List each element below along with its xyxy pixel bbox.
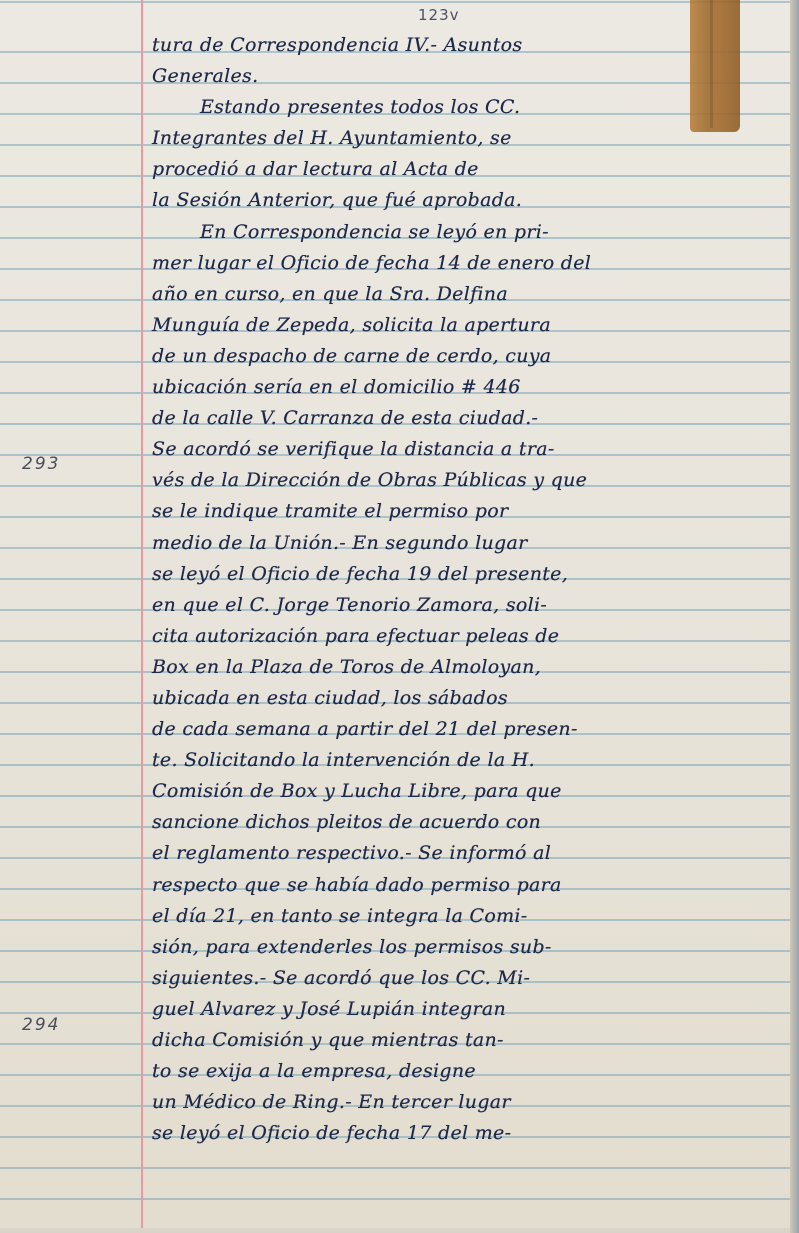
text-line: Box en la Plaza de Toros de Almoloyan, xyxy=(152,652,790,683)
text-line: medio de la Unión.- En segundo lugar xyxy=(152,528,790,559)
text-line: se leyó el Oficio de fecha 17 del me- xyxy=(152,1118,790,1149)
text-line: En Correspondencia se leyó en pri- xyxy=(152,217,790,248)
text-line: de cada semana a partir del 21 del prese… xyxy=(152,714,790,745)
text-line: la Sesión Anterior, que fué aprobada. xyxy=(152,185,790,216)
text-line: siguientes.- Se acordó que los CC. Mi- xyxy=(152,963,790,994)
text-line: procedió a dar lectura al Acta de xyxy=(152,154,790,185)
ledger-page: 123v 293 294 tura de Correspondencia IV.… xyxy=(0,0,790,1228)
text-line: Integrantes del H. Ayuntamiento, se xyxy=(152,123,790,154)
text-line: sión, para extenderles los permisos sub- xyxy=(152,932,790,963)
margin-note-294: 294 xyxy=(22,1015,60,1035)
text-line: Estando presentes todos los CC. xyxy=(152,92,790,123)
text-line: to se exija a la empresa, designe xyxy=(152,1056,790,1087)
text-line: Comisión de Box y Lucha Libre, para que xyxy=(152,776,790,807)
text-line: Munguía de Zepeda, solicita la apertura xyxy=(152,310,790,341)
text-line: el día 21, en tanto se integra la Comi- xyxy=(152,901,790,932)
page-edge xyxy=(790,0,799,1233)
text-line: ubicación sería en el domicilio # 446 xyxy=(152,372,790,403)
text-line: se leyó el Oficio de fecha 19 del presen… xyxy=(152,559,790,590)
text-line: año en curso, en que la Sra. Delfina xyxy=(152,279,790,310)
text-line: un Médico de Ring.- En tercer lugar xyxy=(152,1087,790,1118)
text-line: cita autorización para efectuar peleas d… xyxy=(152,621,790,652)
red-margin-line xyxy=(141,0,143,1228)
folio-number: 123v xyxy=(418,6,460,24)
text-line: en que el C. Jorge Tenorio Zamora, soli- xyxy=(152,590,790,621)
text-line: respecto que se había dado permiso para xyxy=(152,870,790,901)
text-line: de un despacho de carne de cerdo, cuya xyxy=(152,341,790,372)
text-line: ubicada en esta ciudad, los sábados xyxy=(152,683,790,714)
margin-note-293: 293 xyxy=(22,454,60,474)
text-line: guel Alvarez y José Lupián integran xyxy=(152,994,790,1025)
handwritten-text: tura de Correspondencia IV.- Asuntos Gen… xyxy=(152,30,790,1149)
text-line: dicha Comisión y que mientras tan- xyxy=(152,1025,790,1056)
text-line: Generales. xyxy=(152,61,790,92)
text-line: te. Solicitando la intervención de la H. xyxy=(152,745,790,776)
text-line: el reglamento respectivo.- Se informó al xyxy=(152,838,790,869)
text-line: de la calle V. Carranza de esta ciudad.- xyxy=(152,403,790,434)
text-line: se le indique tramite el permiso por xyxy=(152,496,790,527)
text-line: sancione dichos pleitos de acuerdo con xyxy=(152,807,790,838)
text-line: vés de la Dirección de Obras Públicas y … xyxy=(152,465,790,496)
text-line: tura de Correspondencia IV.- Asuntos xyxy=(152,30,790,61)
text-line: mer lugar el Oficio de fecha 14 de enero… xyxy=(152,248,790,279)
text-line: Se acordó se verifique la distancia a tr… xyxy=(152,434,790,465)
